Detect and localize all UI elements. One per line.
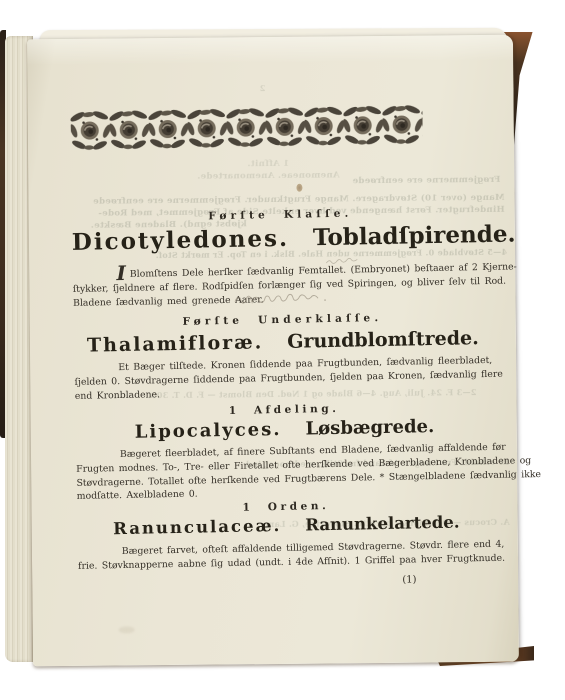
- subclass-heading-danish: Grundblomſtrede.: [287, 327, 479, 353]
- order-heading-latin: Ranunculaceæ.: [113, 516, 281, 538]
- handwritten-annotation: [233, 291, 328, 306]
- order-heading-danish: Ranunkelartede.: [305, 513, 460, 535]
- division-heading-latin: Lipocalyces.: [135, 419, 282, 443]
- floral-ornament-band-icon: [70, 104, 423, 151]
- division-paragraph: Bægeret fleerbladet, af finere Subſtants…: [76, 441, 495, 504]
- subclass-paragraph: Et Bæger tilſtede. Kronen ſiddende paa F…: [74, 354, 493, 403]
- class-heading-latin: Dicotyledones.: [72, 225, 290, 256]
- antique-book-photograph: 2 1 Afſnit. Anemoneae. Anemonartede. Frø…: [0, 0, 565, 700]
- order-heading: Ranunculaceæ.Ranunkelartede.: [77, 512, 495, 539]
- subclass-heading-latin: Thalamifloræ.: [87, 331, 264, 356]
- order-paragraph: Bægeret farvet, ofteſt affaldende tillig…: [78, 538, 496, 574]
- signature-mark: (1): [374, 574, 444, 586]
- subclass-heading: Thalamifloræ.Grundblomſtrede.: [74, 327, 492, 357]
- division-heading-danish: Løsbægrede.: [305, 416, 434, 439]
- book-page: 2 1 Afſnit. Anemoneae. Anemonartede. Frø…: [27, 35, 519, 667]
- class-heading: Dicotyledones.Tobladſpirende.: [72, 221, 490, 256]
- division-heading: Lipocalyces.Løsbægrede.: [75, 415, 493, 444]
- subclass-kicker: Førſte Underklaſſe.: [73, 310, 491, 330]
- class-heading-danish: Tobladſpirende.: [313, 220, 516, 251]
- printed-text-block: Førſte Klaſſe. Dicotyledones.Tobladſpire…: [68, 33, 498, 668]
- pencil-mark-annotation: [324, 257, 360, 266]
